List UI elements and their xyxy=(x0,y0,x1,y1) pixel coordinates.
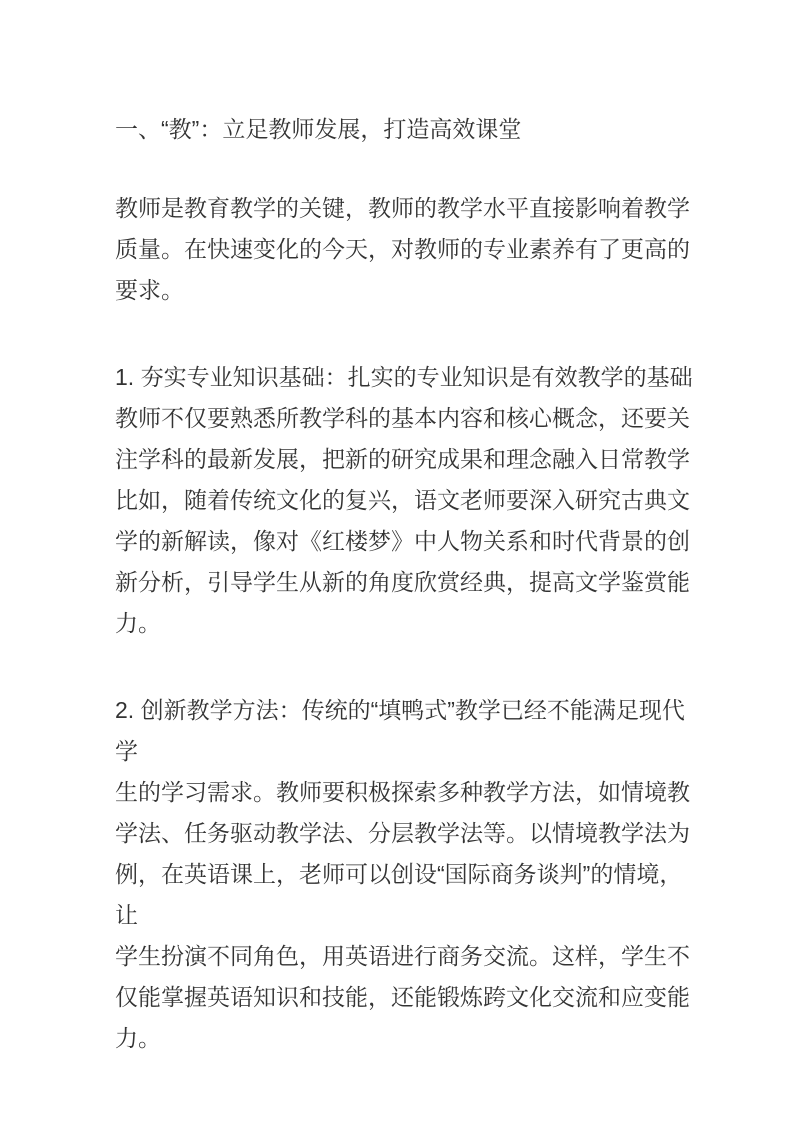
text-line: 2. 创新教学方法：传统的“填鸭式”教学已经不能满足现代学 xyxy=(115,690,703,772)
text-line: 1. 夯实专业知识基础：扎实的专业知识是有效教学的基础 xyxy=(115,357,703,398)
text-line: 生的学习需求。教师要积极探索多种教学方法，如情境教 xyxy=(115,772,703,813)
text-line: 质量。在快速变化的今天，对教师的专业素养有了更高的 xyxy=(115,229,703,270)
document-heading: 一、“教”：立足教师发展，打造高效课堂 xyxy=(115,109,703,150)
text-line: 学生扮演不同角色，用英语进行商务交流。这样，学生不 xyxy=(115,936,703,977)
text-line: 力。 xyxy=(115,1018,703,1059)
paragraph-intro: 教师是教育教学的关键，教师的教学水平直接影响着教学 质量。在快速变化的今天，对教… xyxy=(115,188,703,311)
text-line: 仅能掌握英语知识和技能，还能锻炼跨文化交流和应变能 xyxy=(115,977,703,1018)
text-line: 教师是教育教学的关键，教师的教学水平直接影响着教学 xyxy=(115,188,703,229)
text-line: 学法、任务驱动教学法、分层教学法等。以情境教学法为 xyxy=(115,813,703,854)
text-line: 学的新解读，像对《红楼梦》中人物关系和时代背景的创 xyxy=(115,521,703,562)
paragraph-point-2: 2. 创新教学方法：传统的“填鸭式”教学已经不能满足现代学 生的学习需求。教师要… xyxy=(115,690,703,1059)
text-line: 教师不仅要熟悉所教学科的基本内容和核心概念，还要关 xyxy=(115,398,703,439)
text-line: 力。 xyxy=(115,603,703,644)
text-line: 新分析，引导学生从新的角度欣赏经典，提高文学鉴赏能 xyxy=(115,562,703,603)
text-line: 要求。 xyxy=(115,270,703,311)
document-page: 一、“教”：立足教师发展，打造高效课堂 教师是教育教学的关键，教师的教学水平直接… xyxy=(0,0,793,1122)
text-line: 例，在英语课上，老师可以创设“国际商务谈判”的情境，让 xyxy=(115,854,703,936)
text-line: 比如，随着传统文化的复兴，语文老师要深入研究古典文 xyxy=(115,480,703,521)
text-line: 注学科的最新发展，把新的研究成果和理念融入日常教学 xyxy=(115,439,703,480)
paragraph-point-1: 1. 夯实专业知识基础：扎实的专业知识是有效教学的基础 教师不仅要熟悉所教学科的… xyxy=(115,357,703,644)
